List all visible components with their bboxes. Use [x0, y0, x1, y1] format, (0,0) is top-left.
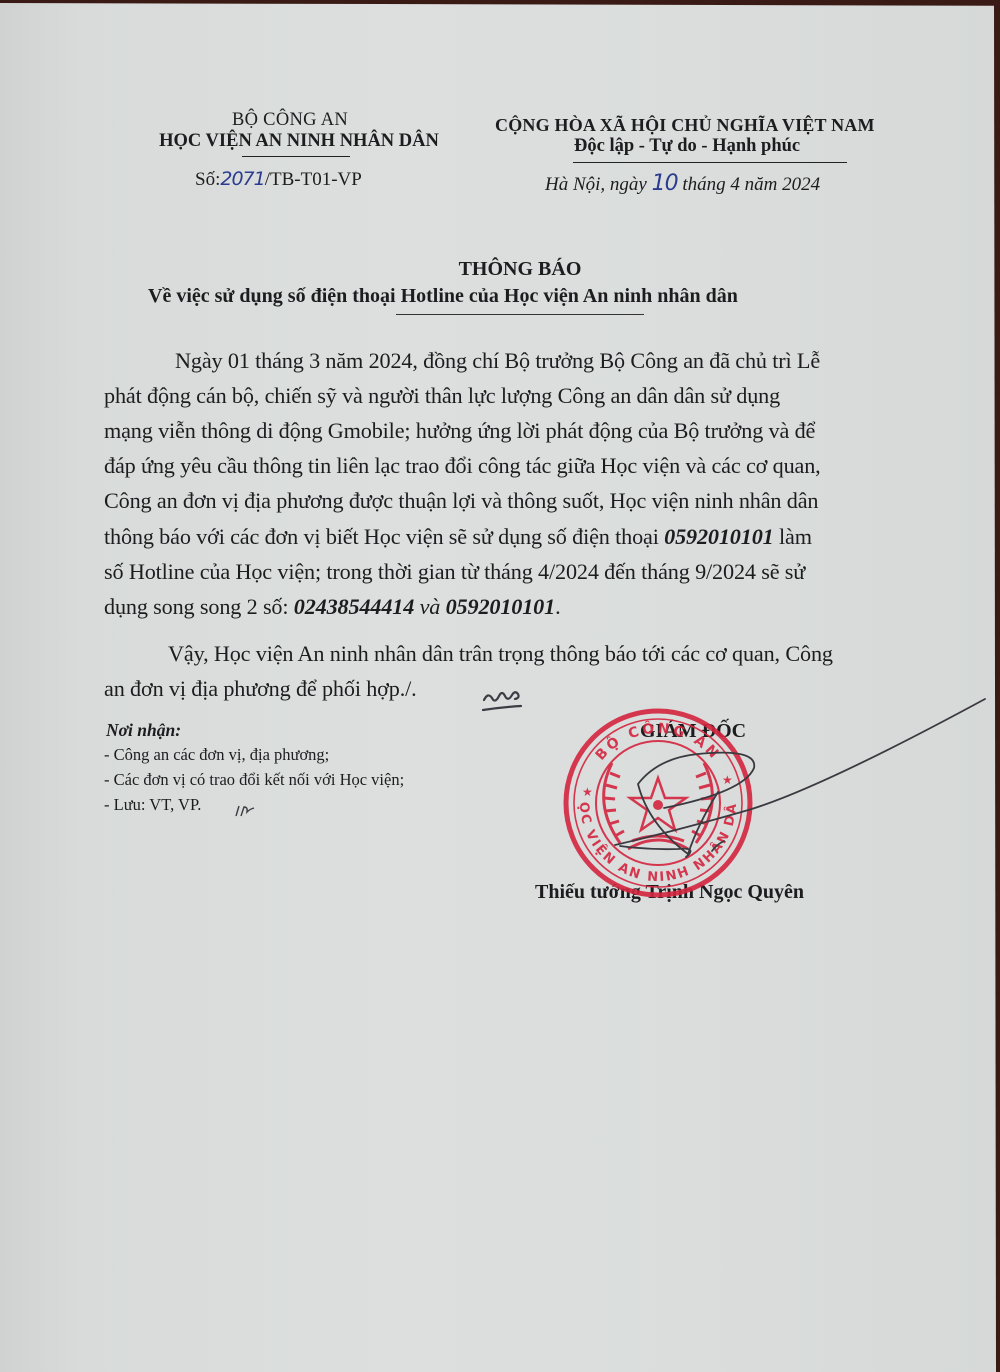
document-page: BỘ CÔNG AN HỌC VIỆN AN NINH NHÂN DÂN Số:…: [0, 3, 996, 1372]
initials-mark: [483, 692, 521, 710]
svg-text:★: ★: [582, 785, 593, 799]
svg-text:★: ★: [722, 773, 733, 787]
initials-mark-recipients: [236, 806, 254, 816]
ink-overlay: BỘ CÔNG AN HỌC VIỆN AN NINH NHÂN DÂN ★ ★: [0, 3, 1000, 1372]
official-stamp: BỘ CÔNG AN HỌC VIỆN AN NINH NHÂN DÂN ★ ★: [0, 3, 750, 895]
svg-text:HỌC VIỆN AN NINH NHÂN DÂN: HỌC VIỆN AN NINH NHÂN DÂN: [0, 3, 740, 885]
